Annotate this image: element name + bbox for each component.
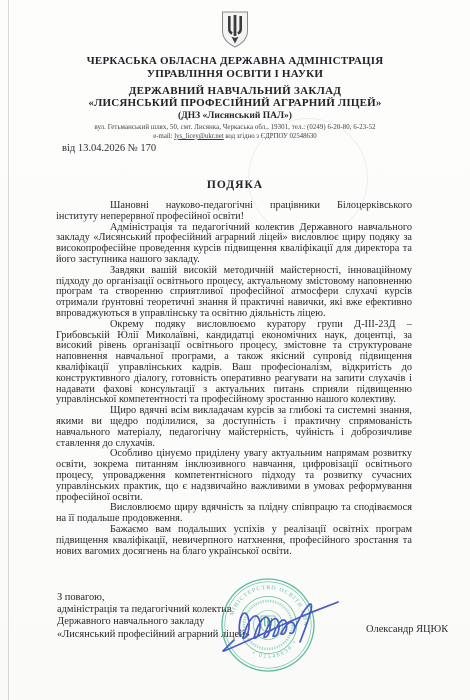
paragraph: Особливо цінуємо приділену увагу актуаль… — [56, 449, 412, 503]
org-institution-type: ДЕРЖАВНИЙ НАВЧАЛЬНИЙ ЗАКЛАД — [0, 85, 470, 98]
paragraph: Окрему подяку висловлюємо куратору групи… — [56, 320, 412, 406]
paragraph: Висловлюємо щиру вдячність за плідну спі… — [56, 503, 412, 525]
letter-page: ЧЕРКАСЬКА ОБЛАСНА ДЕРЖАВНА АДМІНІСТРАЦІЯ… — [0, 0, 470, 700]
signature-ink — [210, 588, 370, 660]
paragraph: Завдяки вашій високій методичній майстер… — [56, 266, 412, 320]
paragraph: Бажаємо вам подальших успіхів у реалізац… — [56, 525, 412, 557]
trident-emblem — [0, 10, 470, 55]
org-header: ЧЕРКАСЬКА ОБЛАСНА ДЕРЖАВНА АДМІНІСТРАЦІЯ… — [0, 55, 470, 141]
signer-name: Олександр ЯЦЮК — [366, 624, 448, 635]
org-administration: ЧЕРКАСЬКА ОБЛАСНА ДЕРЖАВНА АДМІНІСТРАЦІЯ — [0, 55, 470, 68]
org-address: вул. Гетьманський шлях, 50, смт. Лисянка… — [0, 124, 470, 132]
trident-icon — [220, 10, 250, 50]
paragraph: Щиро вдячні всім викладачам курсів за гл… — [56, 406, 412, 449]
email-link[interactable]: lys_licey@ukr.net — [174, 133, 224, 140]
email-label: e-mail: — [153, 133, 174, 140]
paragraph: Шановні науково-педагогічні працівники Б… — [56, 201, 412, 223]
edrpou-code: код згідно з ЄДРПОУ 02548630 — [224, 133, 317, 140]
reference-number: від 13.04.2026 № 170 — [62, 143, 156, 154]
letter-body: Шановні науково-педагогічні працівники Б… — [56, 201, 412, 557]
org-institution-name: «ЛИСЯНСЬКИЙ ПРОФЕСІЙНИЙ АГРАРНИЙ ЛІЦЕЙ» — [0, 97, 470, 110]
org-short-name: (ДНЗ «Лисянський ПАЛ») — [0, 111, 470, 122]
paragraph: Адміністрація та педагогічний колектив Д… — [56, 223, 412, 266]
letter-title: ПОДЯКА — [0, 179, 470, 191]
org-contact-line: e-mail: lys_licey@ukr.net код згідно з Є… — [0, 133, 470, 141]
org-department: УПРАВЛІННЯ ОСВІТИ І НАУКИ — [0, 68, 470, 81]
